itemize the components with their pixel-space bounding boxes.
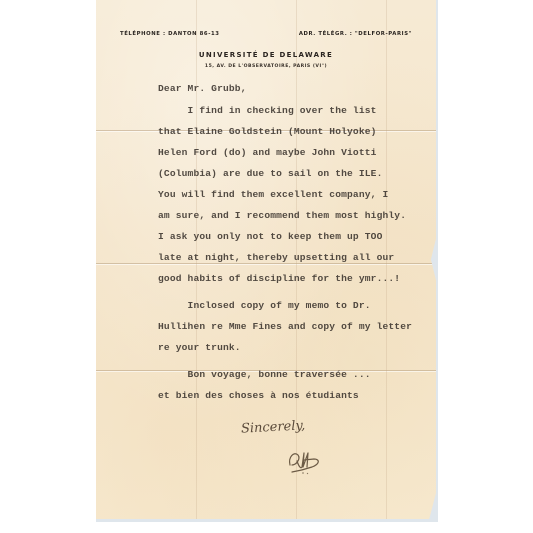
letterhead-address: 15, AV. DE L'OBSERVATOIRE, PARIS (VI°) [96, 64, 436, 69]
letter-line: Bon voyage, bonne traversée ... [158, 369, 371, 380]
letter-line: good habits of discipline for the ymr...… [158, 273, 400, 284]
letter-paper: TÉLÉPHONE : DANTON 86-13 ADR. TÉLÉGR. : … [96, 0, 436, 519]
letter-line: I find in checking over the list [158, 105, 377, 116]
letter-line: re your trunk. [158, 342, 241, 353]
letter-line: You will find them excellent company, I [158, 189, 388, 200]
letterhead-telephone: TÉLÉPHONE : DANTON 86-13 [120, 31, 220, 37]
handwritten-initials-signature [284, 447, 328, 482]
fold-line [96, 263, 436, 264]
letter-line: et bien des choses à nos étudiants [158, 390, 359, 401]
letterhead-institution: UNIVERSITÉ DE DELAWARE [96, 51, 436, 59]
scan-canvas: TÉLÉPHONE : DANTON 86-13 ADR. TÉLÉGR. : … [0, 0, 533, 533]
letter-line: I ask you only not to keep them up TOO [158, 231, 382, 242]
letter-line: that Elaine Goldstein (Mount Holyoke) [158, 126, 377, 137]
letter-line: Hullihen re Mme Fines and copy of my let… [158, 321, 412, 332]
letter-line: am sure, and I recommend them most highl… [158, 210, 406, 221]
letter-salutation: Dear Mr. Grubb, [158, 83, 247, 94]
letter-line: late at night, thereby upsetting all our [158, 252, 394, 263]
letter-line: Helen Ford (do) and maybe John Viotti [158, 147, 377, 158]
letter-line: (Columbia) are due to sail on the ILE. [158, 168, 382, 179]
letterhead-telegraph: ADR. TÉLÉGR. : "DELFOR-PARIS" [299, 31, 412, 37]
letter-line: Inclosed copy of my memo to Dr. [158, 300, 371, 311]
